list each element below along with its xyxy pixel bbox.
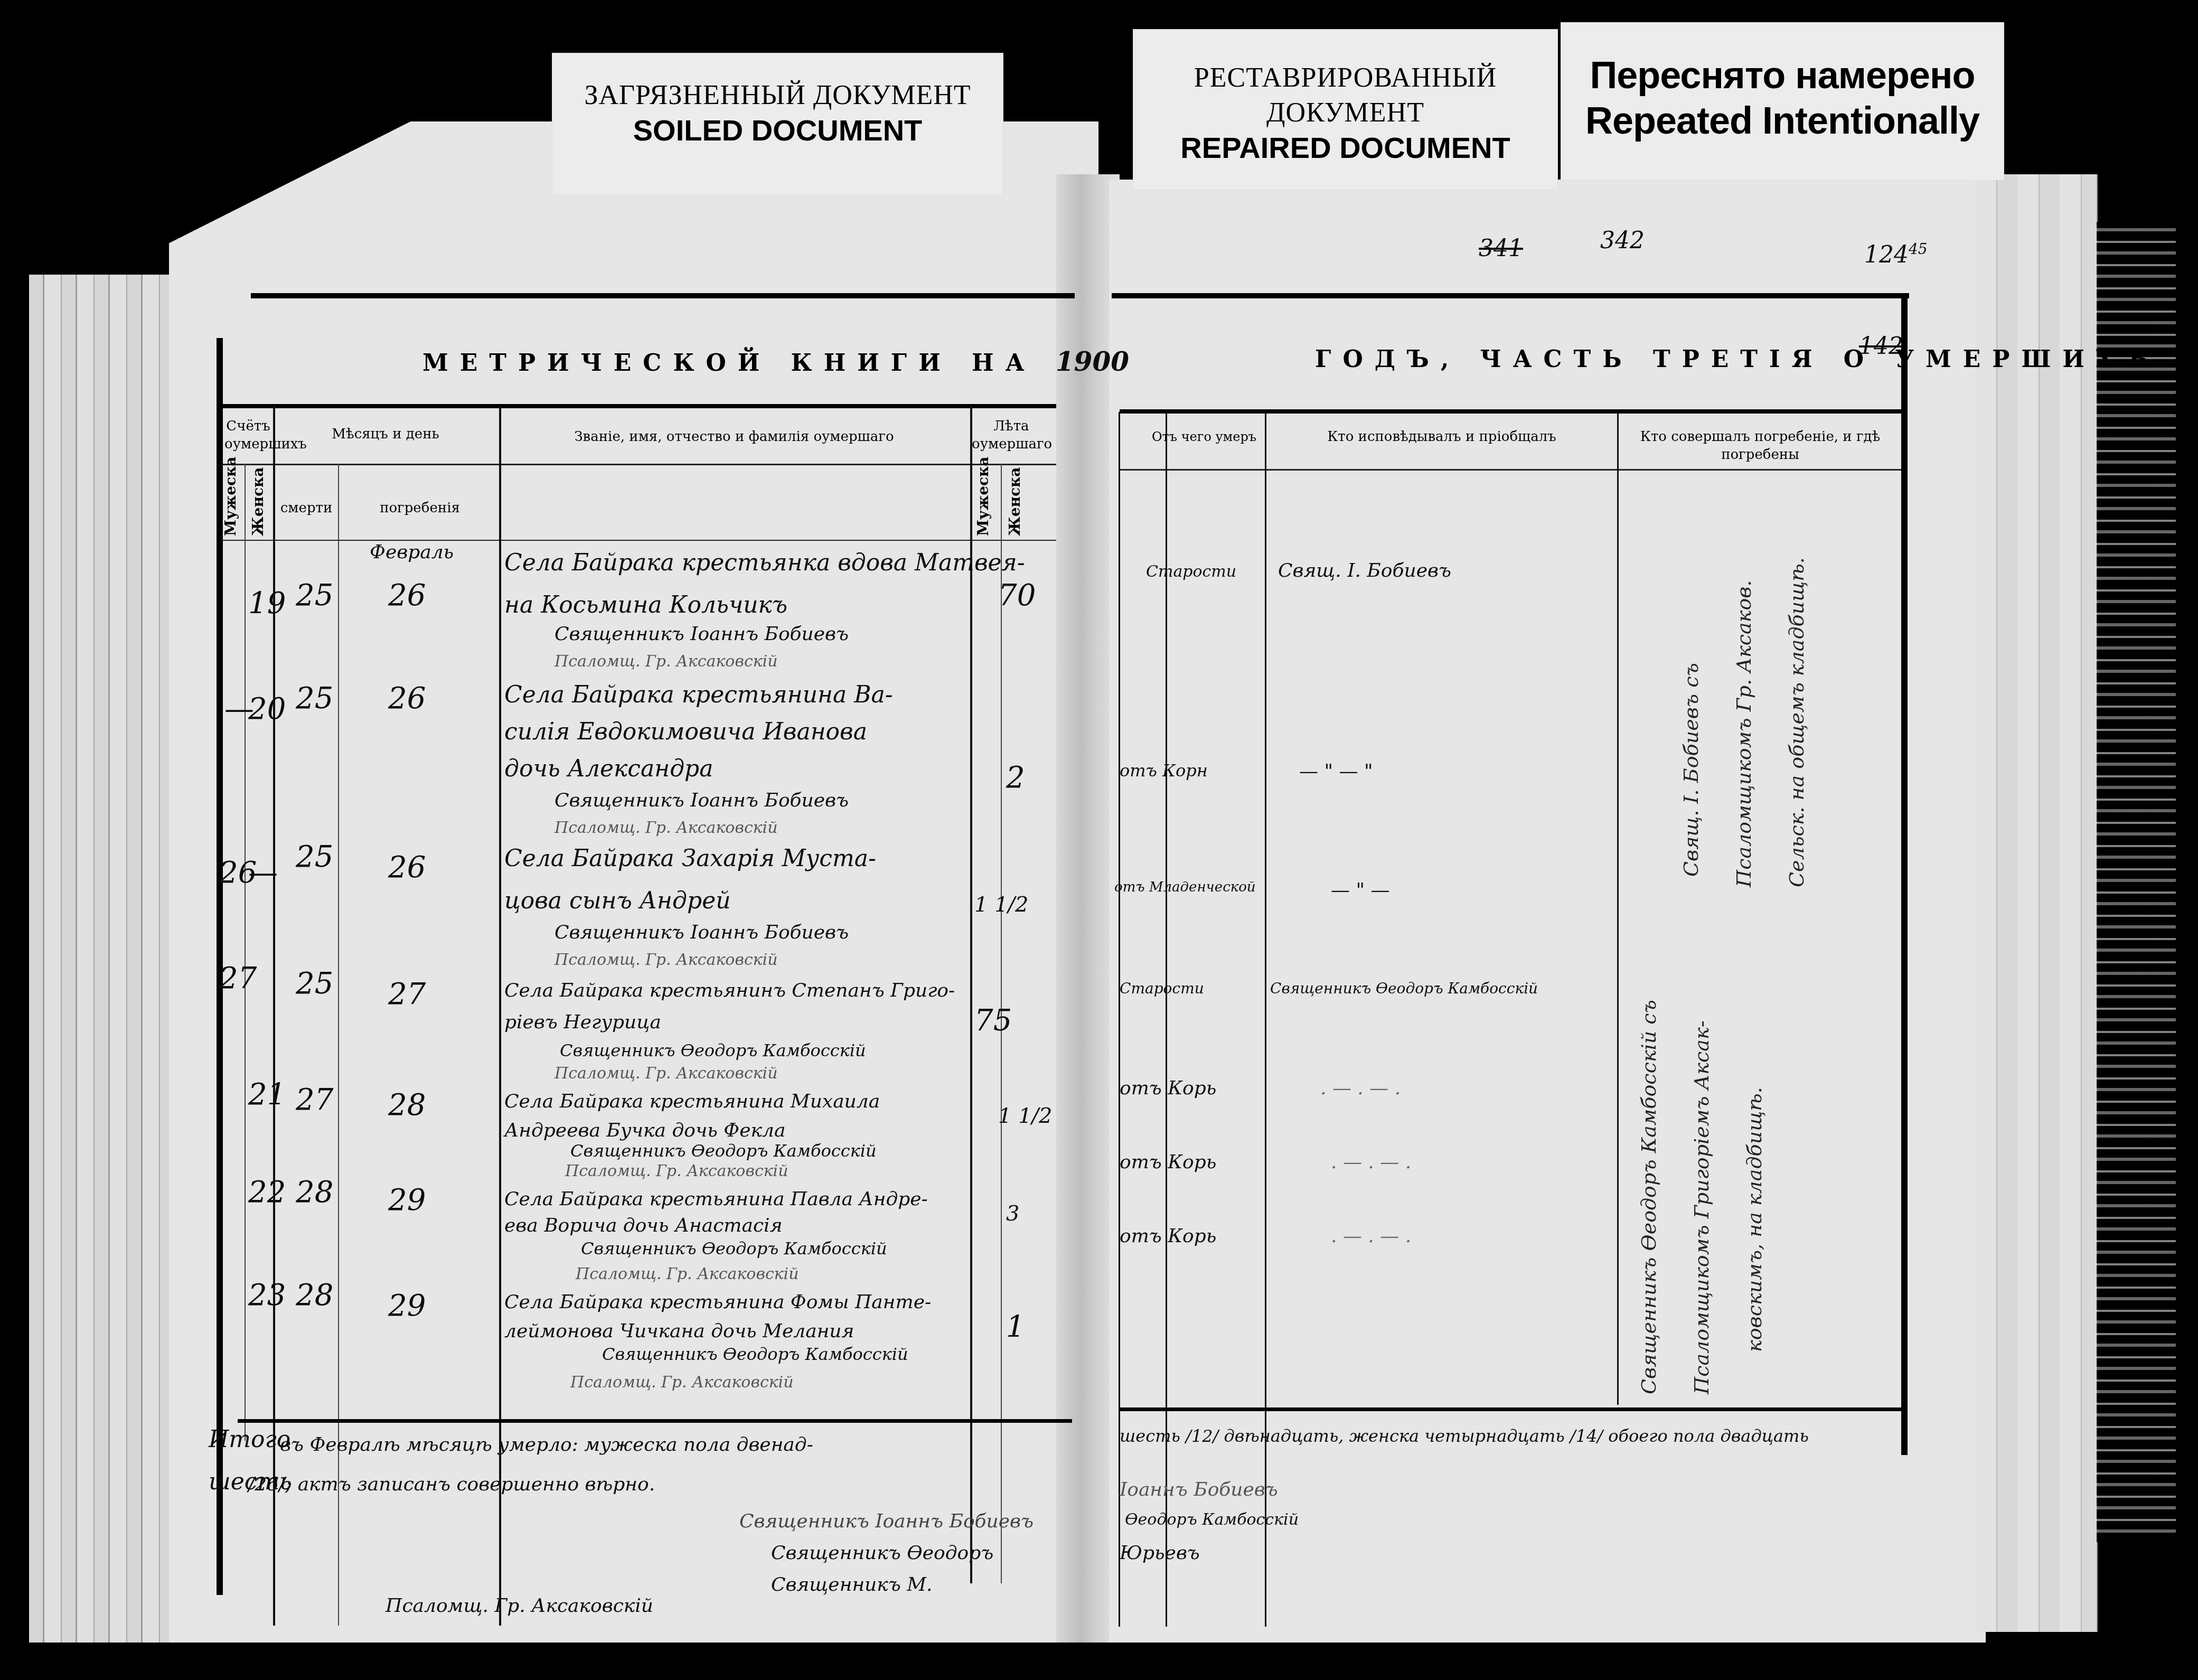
entry-death-day: 28 bbox=[296, 1278, 333, 1312]
entry-age-female: 1 bbox=[1006, 1310, 1025, 1344]
soiled-label-ru: ЗАГРЯЗНЕННЫЙ ДОКУМЕНТ bbox=[552, 78, 1003, 113]
header-age-female: Женска bbox=[1006, 473, 1023, 536]
entry-age-female: 3 bbox=[1006, 1202, 1019, 1226]
entry-text-line: силія Евдокимовича Иванова bbox=[504, 718, 867, 745]
entry-text-line: Села Байрака крестьянинъ Степанъ Григо- bbox=[504, 980, 955, 1001]
page-number-current: 342 bbox=[1600, 227, 1645, 254]
burial-note: Псаломщикомъ Гр. Аксаков. bbox=[1732, 486, 1755, 887]
repaired-label-en: REPAIRED DOCUMENT bbox=[1133, 130, 1558, 165]
signature: Юрьевъ bbox=[1120, 1542, 1200, 1564]
summary-text-line: въ Февралѣ мѣсяцѣ умерло: мужеска пола д… bbox=[280, 1434, 813, 1456]
left-page-title: МЕТРИЧЕСКОЙ КНИГИ НА 1900 bbox=[422, 346, 1129, 377]
month-note: Февраль bbox=[370, 541, 454, 563]
entry-priest: Священникъ Іоаннъ Бобиевъ bbox=[555, 623, 849, 645]
cause-of-death: отъ Корн bbox=[1120, 761, 1208, 781]
col-divider bbox=[970, 406, 972, 1583]
entry-female-count: — bbox=[248, 856, 278, 890]
entry-text-line: Села Байрака крестьянина Фомы Панте- bbox=[504, 1291, 931, 1313]
right-summary-rule bbox=[1120, 1407, 1901, 1411]
left-header-rule bbox=[222, 404, 1056, 408]
left-title-text: МЕТРИЧЕСКОЙ КНИГИ НА bbox=[422, 350, 1036, 377]
right-page-title: ГОДЪ, ЧАСТЬ ТРЕТІЯ О УМЕРШИХЪ bbox=[1315, 346, 2159, 373]
confessor: Свящ. І. Бобиевъ bbox=[1278, 560, 1451, 581]
signature: Өеодоръ Камбосскій bbox=[1125, 1510, 1299, 1529]
signature: Священникъ Өеодоръ bbox=[771, 1542, 993, 1564]
book-bottom-edge bbox=[0, 1643, 2198, 1680]
left-top-rule bbox=[251, 293, 1075, 298]
entry-death-day: 25 bbox=[296, 966, 333, 1001]
cause-of-death: Старости bbox=[1120, 980, 1204, 997]
entry-priest: Священникъ Іоаннъ Бобиевъ bbox=[555, 790, 849, 811]
header-month-day: Мѣсяцъ и день bbox=[275, 425, 496, 443]
entry-priest: Священникъ Өеодоръ Камбосскій bbox=[581, 1238, 887, 1259]
entry-priest: Священникъ Өеодоръ Камбосскій bbox=[560, 1040, 866, 1060]
entry-psalmist: Псаломщ. Гр. Аксаковскій bbox=[555, 1064, 778, 1083]
entry-text-line: Села Байрака крестьянина Ва- bbox=[504, 681, 893, 708]
soiled-label-en: SOILED DOCUMENT bbox=[552, 113, 1003, 148]
left-col-header-rule bbox=[222, 540, 1056, 541]
header-confessor: Кто исповѣдывалъ и пріобщалъ bbox=[1267, 428, 1616, 446]
entry-age-female: 70 bbox=[998, 578, 1036, 613]
entry-death-day: 27 bbox=[296, 1083, 333, 1117]
entry-text-line: Села Байрака крестьянина Михаила bbox=[504, 1091, 880, 1112]
entry-female-count: 19 bbox=[248, 586, 286, 621]
burial-note: ковскимъ, на кладбищѣ. bbox=[1743, 982, 1766, 1352]
entry-age-male: 1 1/2 bbox=[974, 893, 1029, 917]
repeated-intentionally-label: Переснято намерено Repeated Intentionall… bbox=[1561, 22, 2004, 181]
entry-text-line: ріевъ Негурица bbox=[504, 1011, 661, 1033]
col-divider bbox=[1617, 412, 1619, 1405]
summary-label: Итого bbox=[209, 1426, 290, 1453]
right-page-stack bbox=[1975, 174, 2098, 1632]
entry-text-line: ева Ворича дочь Анастасія bbox=[504, 1215, 782, 1236]
repeated-label-ru: Переснято намерено bbox=[1561, 53, 2004, 98]
header-age: Лѣта оумершаго bbox=[972, 417, 1051, 453]
entry-text-line: Села Байрака Захарія Муста- bbox=[504, 845, 876, 872]
confessor: Священникъ Өеодоръ Камбосскій bbox=[1270, 980, 1538, 997]
entry-text-line: леймонова Чичкана дочь Мелания bbox=[504, 1320, 854, 1342]
cause-of-death: отъ Корь bbox=[1120, 1151, 1216, 1173]
entry-age-female: 2 bbox=[1006, 761, 1025, 795]
cause-of-death: Старости bbox=[1146, 562, 1236, 581]
entry-text-line: Села Байрака крестьянина Павла Андре- bbox=[504, 1188, 928, 1210]
entry-priest: Священникъ Іоаннъ Бобиевъ bbox=[555, 922, 849, 943]
header-cause: Отъ чего умеръ bbox=[1141, 428, 1267, 446]
entry-female-count: 22 bbox=[248, 1175, 286, 1209]
entry-burial-day: 29 bbox=[388, 1183, 426, 1217]
torn-page-edge bbox=[2097, 222, 2176, 1542]
entry-male-count: 27 bbox=[219, 961, 257, 996]
entry-burial-day: 26 bbox=[388, 681, 426, 716]
entry-burial-day: 29 bbox=[388, 1289, 426, 1323]
header-count-male: Мужеска bbox=[222, 473, 239, 536]
entry-death-day: 28 bbox=[296, 1175, 333, 1209]
confessor: . — . — . bbox=[1320, 1077, 1401, 1099]
header-name: Званіе, имя, отчество и фамилія оумершаг… bbox=[502, 428, 966, 446]
folio-number: 12445 bbox=[1864, 240, 1928, 268]
summary-text-line: /26/; актъ записанъ совершенно вѣрно. bbox=[248, 1473, 655, 1495]
burial-note: Свящ. І. Бобиевъ съ bbox=[1679, 507, 1703, 877]
entry-psalmist: Псаломщ. Гр. Аксаковскій bbox=[555, 951, 778, 969]
left-title-year: 1900 bbox=[1056, 346, 1129, 377]
entry-priest: Священникъ Өеодоръ Камбосскій bbox=[602, 1344, 908, 1364]
entry-psalmist: Псаломщ. Гр. Аксаковскій bbox=[570, 1373, 794, 1392]
entry-psalmist: Псаломщ. Гр. Аксаковскій bbox=[576, 1265, 799, 1283]
entry-burial-day: 28 bbox=[388, 1088, 426, 1122]
repaired-label-ru-2: ДОКУМЕНТ bbox=[1133, 96, 1558, 130]
entry-age-female: 1 1/2 bbox=[998, 1104, 1053, 1128]
repaired-document-label: РЕСТАВРИРОВАННЫЙ ДОКУМЕНТ REPAIRED DOCUM… bbox=[1133, 29, 1558, 190]
header-age-male: Мужеска bbox=[974, 473, 992, 536]
header-burial: погребенія bbox=[341, 499, 499, 517]
right-outer-border bbox=[1901, 293, 1908, 1455]
entry-priest: Священникъ Өеодоръ Камбосскій bbox=[570, 1141, 877, 1161]
right-header-rule bbox=[1120, 409, 1901, 414]
header-count-female: Женска bbox=[249, 473, 267, 536]
entry-psalmist: Псаломщ. Гр. Аксаковскій bbox=[555, 652, 778, 671]
right-top-rule bbox=[1112, 293, 1909, 298]
right-summary-text: шесть /12/ двѣнадцать, женска четырнадца… bbox=[1120, 1426, 1809, 1446]
header-burial-place: Кто совершалъ погребеніе, и гдѣ погребен… bbox=[1620, 428, 1900, 464]
left-summary-rule bbox=[238, 1419, 1072, 1423]
entry-text-line: цова сынъ Андрей bbox=[504, 887, 731, 914]
entry-female-count: 20 bbox=[248, 692, 286, 726]
entry-death-day: 25 bbox=[296, 578, 333, 613]
entry-burial-day: 27 bbox=[388, 977, 426, 1011]
signature: Священникъ М. bbox=[771, 1574, 933, 1595]
confessor: — " — " bbox=[1299, 761, 1373, 782]
signature: Іоаннъ Бобиевъ bbox=[1120, 1479, 1278, 1500]
entry-psalmist: Псаломщ. Гр. Аксаковскій bbox=[555, 819, 778, 837]
entry-female-count: 23 bbox=[248, 1278, 286, 1312]
entry-female-count: 21 bbox=[248, 1077, 286, 1112]
folio-number-main: 124 bbox=[1864, 241, 1909, 268]
col-divider bbox=[245, 464, 246, 1441]
cause-of-death: отъ Корь bbox=[1120, 1225, 1216, 1247]
soiled-document-label: ЗАГРЯЗНЕННЫЙ ДОКУМЕНТ SOILED DOCUMENT bbox=[552, 53, 1003, 195]
entry-text-line: Села Байрака крестьянка вдова Матвея- bbox=[504, 549, 1025, 576]
confessor: . — . — . bbox=[1331, 1225, 1411, 1247]
left-subheader-rule bbox=[222, 464, 1056, 465]
confessor: — " — bbox=[1331, 879, 1389, 901]
entry-death-day: 25 bbox=[296, 840, 333, 874]
entry-burial-day: 26 bbox=[388, 850, 426, 885]
entry-age-male: 75 bbox=[974, 1003, 1012, 1038]
signature: Священникъ Іоаннъ Бобиевъ bbox=[739, 1510, 1034, 1532]
entry-psalmist: Псаломщ. Гр. Аксаковскій bbox=[565, 1162, 788, 1180]
entry-burial-day: 26 bbox=[388, 578, 426, 613]
burial-note: Псаломщикомъ Григоріемъ Аксак- bbox=[1690, 940, 1713, 1394]
cause-of-death: отъ Младенческой bbox=[1114, 879, 1256, 895]
entry-death-day: 25 bbox=[296, 681, 333, 716]
repeated-label-en: Repeated Intentionally bbox=[1561, 98, 2004, 144]
right-col-header-rule bbox=[1120, 469, 1901, 471]
repaired-label-ru-1: РЕСТАВРИРОВАННЫЙ bbox=[1133, 61, 1558, 96]
folio-number-sup: 45 bbox=[1909, 240, 1928, 258]
burial-note: Священникъ Өеодоръ Камбосскій съ bbox=[1637, 940, 1660, 1394]
burial-note: Сельск. на общемъ кладбищѣ. bbox=[1785, 475, 1808, 887]
header-death: смерти bbox=[275, 499, 338, 517]
cause-of-death: отъ Корь bbox=[1120, 1077, 1216, 1099]
confessor: . — . — . bbox=[1331, 1151, 1411, 1173]
entry-text-line: дочь Александра bbox=[504, 755, 713, 782]
header-count: Счётъ оумершихъ bbox=[224, 417, 272, 453]
bottom-signature: Псаломщ. Гр. Аксаковскій bbox=[386, 1595, 653, 1617]
entry-text-line: на Косьмина Кольчикъ bbox=[504, 592, 787, 618]
page-number-struck: 341 bbox=[1479, 235, 1523, 262]
entry-text-line: Андреева Бучка дочь Фекла bbox=[504, 1120, 785, 1141]
